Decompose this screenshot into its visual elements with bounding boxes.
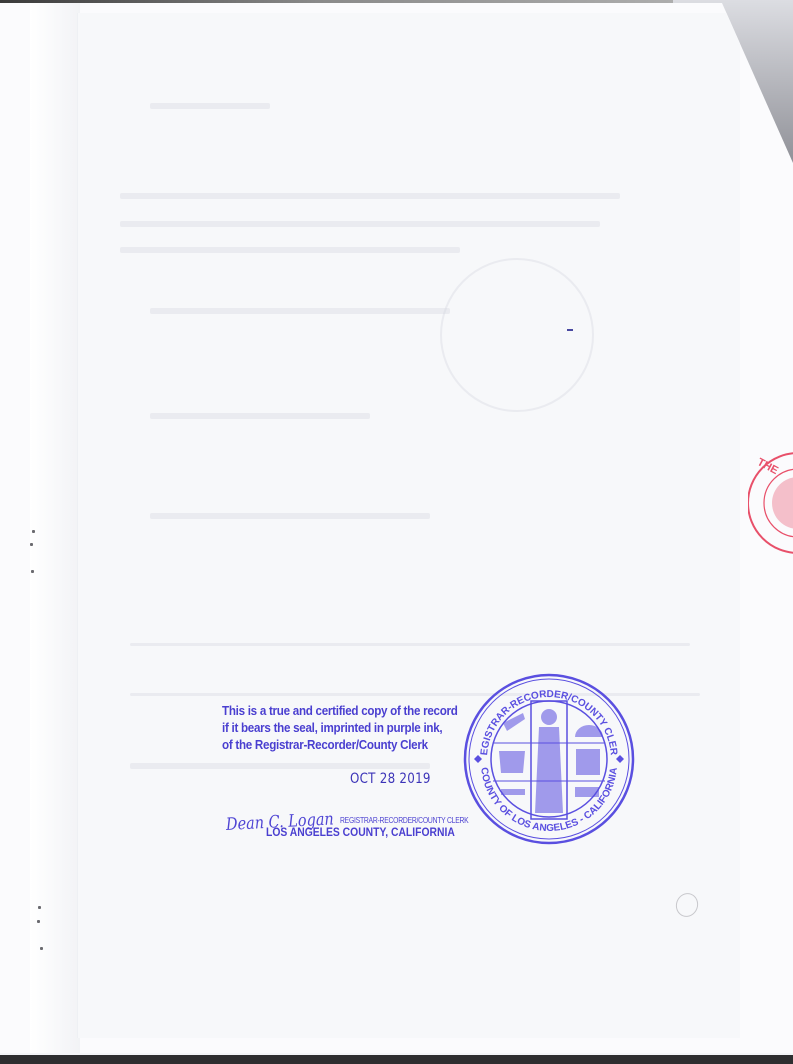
county-seal-icon: REGISTRAR-RECORDER/COUNTY CLERK COUNTY O… xyxy=(463,673,635,845)
bleed-through-text xyxy=(150,308,450,314)
page-fold-shade xyxy=(30,3,80,1053)
state-seal-icon: THE OF STATE xyxy=(748,448,793,558)
certification-line: of the Registrar-Recorder/County Clerk xyxy=(222,737,464,754)
bleed-through-seal xyxy=(440,258,594,412)
speck xyxy=(32,530,35,533)
bleed-through-text xyxy=(120,193,620,199)
certification-date: OCT 28 2019 xyxy=(350,771,431,787)
certification-line: This is a true and certified copy of the… xyxy=(222,703,464,720)
bleed-through-text xyxy=(150,513,430,519)
ink-speck xyxy=(567,329,573,331)
speck xyxy=(31,570,34,573)
speck xyxy=(38,906,41,909)
signer-title: REGISTRAR-RECORDER/COUNTY CLERK xyxy=(340,815,468,825)
bleed-through-text xyxy=(130,763,430,769)
svg-text:THE: THE xyxy=(755,456,780,477)
document-page: This is a true and certified copy of the… xyxy=(0,3,793,1053)
scanner-edge-bottom xyxy=(0,1055,793,1064)
bleed-through-rule xyxy=(130,643,690,646)
certification-stamp: This is a true and certified copy of the… xyxy=(222,703,482,754)
certification-line: if it bears the seal, imprinted in purpl… xyxy=(222,720,464,737)
speck xyxy=(40,947,43,950)
bleed-through-text xyxy=(150,103,270,109)
bleed-through-text xyxy=(120,221,600,227)
bleed-through-text xyxy=(120,247,460,253)
speck xyxy=(37,920,40,923)
bleed-through-text xyxy=(150,413,370,419)
jurisdiction: LOS ANGELES COUNTY, CALIFORNIA xyxy=(266,827,455,839)
speck xyxy=(30,543,33,546)
inner-sheet xyxy=(78,13,740,1038)
